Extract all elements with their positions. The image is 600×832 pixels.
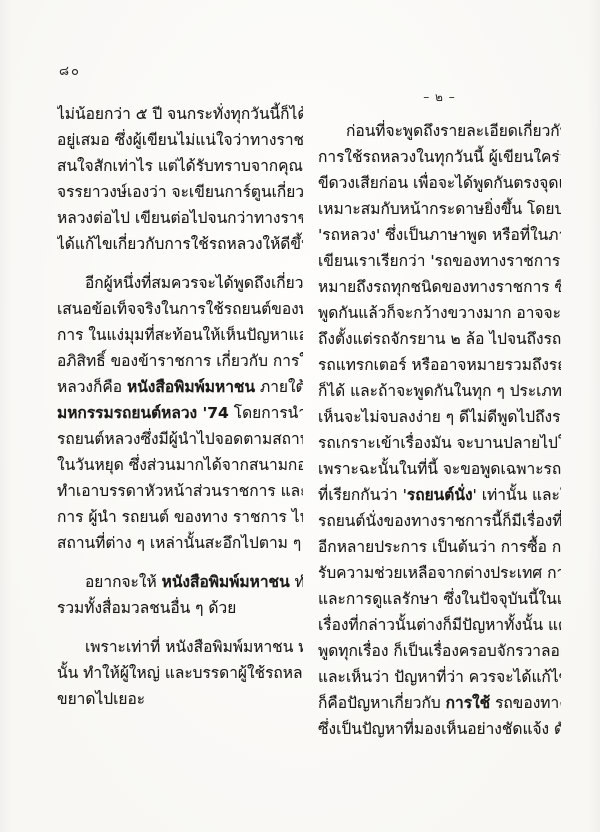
- text-run: เพราะเท่าที่ หนังสือพิมพ์มหาชน ทำเช่น: [85, 638, 303, 656]
- text-run: ซึ่งเป็นปัญหาที่มองเห็นอย่างชัดแจ้ง ดังท…: [318, 720, 561, 738]
- left-text-column: ไม่น้อยกว่า ๕ ปี จนกระทั่งทุกวันนี้ก็ได้…: [57, 101, 303, 725]
- text-line: การใช้รถหลวงในทุกวันนี้ ผู้เขียนใคร่จะขอ: [318, 144, 561, 170]
- text-line: หลวงก็คือ หนังสือพิมพ์มหาชน ภายใต้คอลัมน…: [57, 374, 303, 400]
- text-run: รถยนต์นั่งของทางราชการนี้ก็มีเรื่องที่จะ…: [318, 512, 561, 530]
- scanned-document-page: { "document": { "left_column": { "page_n…: [0, 0, 600, 832]
- text-run: 'รถหลวง' ซึ่งเป็นภาษาพูด หรือที่ในภาษา: [318, 226, 561, 244]
- text-line: รถเกราะเข้าเรื่องมัน จะบานปลายไปใหญ่: [318, 430, 561, 456]
- text-line: ขยาดไปเยอะ: [57, 686, 303, 712]
- text-line: เรื่องที่กล่าวนั้นต่างก็มีปัญหาทั้งนั้น …: [318, 612, 561, 638]
- text-line: ก็ได้ และถ้าจะพูดกันในทุก ๆ ประเภทรถแล้ว: [318, 378, 561, 404]
- text-line: ก็คือปัญหาเกี่ยวกับ การใช้ รถของทางราชกา…: [318, 690, 561, 716]
- text-line: ในวันหยุด ซึ่งส่วนมากได้จากสนามกอล์ฟ: [57, 452, 303, 478]
- text-line: อภิสิทธิ์ ของข้าราชการ เกี่ยวกับ การใช้ …: [57, 348, 303, 374]
- text-run: ก็คือปัญหาเกี่ยวกับ: [318, 694, 446, 712]
- emphasized-text-run: การใช้: [446, 694, 491, 712]
- text-line: ได้แก้ไขเกี่ยวกับการใช้รถหลวงให้ดีขึ้นกว…: [57, 231, 303, 257]
- text-line: ที่เรียกกันว่า 'รถยนต์นั่ง' เท่านั้น และ…: [318, 482, 561, 508]
- text-line: เขียนเราเรียกว่า 'รถของทางราชการ' นั้น จ…: [318, 248, 561, 274]
- emphasized-text-run: มหกรรมรถยนต์หลวง '74: [57, 404, 229, 422]
- text-run: รถของทางราชการ: [490, 694, 561, 712]
- text-run: ไม่น้อยกว่า ๕ ปี จนกระทั่งทุกวันนี้ก็ได้…: [57, 105, 303, 123]
- text-line: และเห็นว่า ปัญหาที่ว่า ควรจะได้แก้ไข ก่อ…: [318, 664, 561, 690]
- text-line: เพราะฉะนั้นในที่นี้ จะขอพูดเฉพาะรถหลวง: [318, 456, 561, 482]
- page-number: ๘๐: [59, 60, 81, 81]
- text-line: พูดทุกเรื่อง ก็เป็นเรื่องครอบจักรวาลอยู่…: [318, 638, 561, 664]
- text-line: ก่อนที่จะพูดถึงรายละเอียดเกี่ยวกับปัญหา: [318, 118, 561, 144]
- text-line: รวมทั้งสื่อมวลชนอื่น ๆ ด้วย: [57, 595, 303, 621]
- text-line: การ ในแง่มุมที่สะท้อนให้เห็นปัญหาและ: [57, 322, 303, 348]
- text-run: ภายใต้คอลัมน์: [255, 378, 303, 396]
- emphasized-text-run: หนังสือพิมพ์มหาชน: [162, 573, 290, 591]
- emphasized-text-run: รถยนต์นั่ง: [407, 486, 473, 504]
- text-line: รถแทรกเตอร์ หรืออาจหมายรวมถึงรถถังด้วย: [318, 352, 561, 378]
- text-line: และการดูแลรักษา ซึ่งในปัจจุบันนี้ในแต่ละ: [318, 586, 561, 612]
- text-run: รถยนต์หลวงซึ่งมีผู้นำไปจอดตามสถานที่ต่าง…: [57, 430, 303, 448]
- text-run: อีกผู้หนึ่งที่สมควรจะได้พูดถึงเกี่ยวกับก…: [85, 274, 303, 292]
- text-run: ขยาดไปเยอะ: [57, 690, 145, 708]
- text-run: ทำเอาบรรดาหัวหน้าส่วนราชการ และข้าราช-: [57, 482, 303, 500]
- text-run: ทำต่อไป: [290, 573, 303, 591]
- paragraph: เพราะเท่าที่ หนังสือพิมพ์มหาชน ทำเช่นนั้…: [57, 634, 303, 712]
- text-run: พูดกันแล้วก็จะกว้างขวางมาก อาจจะต้องพูด: [318, 304, 561, 322]
- text-line: พูดกันแล้วก็จะกว้างขวางมาก อาจจะต้องพูด: [318, 300, 561, 326]
- text-line: รถยนต์หลวงซึ่งมีผู้นำไปจอดตามสถานที่ต่าง…: [57, 426, 303, 452]
- text-line: ถึงตั้งแต่รถจักรยาน ๒ ล้อ ไปจนถึงรถบรรทุ…: [318, 326, 561, 352]
- text-line: ขีดวงเสียก่อน เพื่อจะได้พูดกันตรงจุดและ: [318, 170, 561, 196]
- text-run: หลวงต่อไป เขียนต่อไปจนกว่าทางราชการจะ: [57, 209, 303, 227]
- text-line: หลวงต่อไป เขียนต่อไปจนกว่าทางราชการจะ: [57, 205, 303, 231]
- text-run: รถเกราะเข้าเรื่องมัน จะบานปลายไปใหญ่: [318, 434, 561, 452]
- text-run: ในวันหยุด ซึ่งส่วนมากได้จากสนามกอล์ฟ: [57, 456, 303, 474]
- text-run: พูดทุกเรื่อง ก็เป็นเรื่องครอบจักรวาลอยู่…: [318, 642, 561, 660]
- text-line: เห็นจะไม่จบลงง่าย ๆ ดีไม่ดีพูดไปถึงรถถัง: [318, 404, 561, 430]
- text-run: การใช้รถหลวงในทุกวันนี้ ผู้เขียนใคร่จะขอ: [318, 148, 561, 166]
- text-run: รถแทรกเตอร์ หรืออาจหมายรวมถึงรถถังด้วย: [318, 356, 561, 374]
- text-run: ที่เรียกกันว่า ': [318, 486, 407, 504]
- text-run: ก็ได้ และถ้าจะพูดกันในทุก ๆ ประเภทรถแล้ว: [318, 382, 561, 400]
- text-line: รับความช่วยเหลือจากต่างประเทศ การใช้: [318, 560, 561, 586]
- text-line: เสนอข้อเท็จจริงในการใช้รถยนต์ของทางราช-: [57, 296, 303, 322]
- text-run: ก่อนที่จะพูดถึงรายละเอียดเกี่ยวกับปัญหา: [346, 122, 561, 140]
- text-run: เขียนเราเรียกว่า 'รถของทางราชการ' นั้น จ…: [318, 252, 561, 270]
- text-run: นั้น ทำให้ผู้ใหญ่ และบรรดาผู้ใช้รถหลวง: [57, 664, 303, 682]
- text-line: เหมาะสมกับหน้ากระดาษยิ่งขึ้น โดยปกติคำว่…: [318, 196, 561, 222]
- text-run: จรรยาวงษ์เองว่า จะเขียนการ์ตูนเกี่ยวกับร…: [57, 183, 303, 201]
- text-line: นั้น ทำให้ผู้ใหญ่ และบรรดาผู้ใช้รถหลวง: [57, 660, 303, 686]
- text-line: อยู่เสมอ ซึ่งผู้เขียนไม่แน่ใจว่าทางราชกา…: [57, 127, 303, 153]
- text-line: 'รถหลวง' ซึ่งเป็นภาษาพูด หรือที่ในภาษา: [318, 222, 561, 248]
- text-run: อยากจะให้: [85, 573, 162, 591]
- page: ๘๐ ไม่น้อยกว่า ๕ ปี จนกระทั่งทุกวันนี้ก็…: [0, 0, 600, 832]
- emphasized-text-run: หนังสือพิมพ์มหาชน: [127, 378, 255, 396]
- text-run: โดยการนำภาพของ: [229, 404, 303, 422]
- text-run: หมายถึงรถทุกชนิดของทางราชการ ซึ่งถ้าจะ: [318, 278, 561, 296]
- text-run: เพราะฉะนั้นในที่นี้ จะขอพูดเฉพาะรถหลวง: [318, 460, 561, 478]
- text-run: และเห็นว่า ปัญหาที่ว่า ควรจะได้แก้ไข ก่อ…: [318, 668, 561, 686]
- text-run: เรื่องที่กล่าวนั้นต่างก็มีปัญหาทั้งนั้น …: [318, 616, 561, 634]
- text-line: จรรยาวงษ์เองว่า จะเขียนการ์ตูนเกี่ยวกับร…: [57, 179, 303, 205]
- text-line: สนใจสักเท่าไร แต่ได้รับทราบจากคุณประยูร: [57, 153, 303, 179]
- text-run: หลวงก็คือ: [57, 378, 127, 396]
- text-line: มหกรรมรถยนต์หลวง '74 โดยการนำภาพของ: [57, 400, 303, 426]
- paragraph: ไม่น้อยกว่า ๕ ปี จนกระทั่งทุกวันนี้ก็ได้…: [57, 101, 303, 257]
- text-run: อยู่เสมอ ซึ่งผู้เขียนไม่แน่ใจว่าทางราชกา…: [57, 131, 303, 149]
- text-line: เพราะเท่าที่ หนังสือพิมพ์มหาชน ทำเช่น: [57, 634, 303, 660]
- text-run: เสนอข้อเท็จจริงในการใช้รถยนต์ของทางราช-: [57, 300, 303, 318]
- text-line: สถานที่ต่าง ๆ เหล่านั้นสะอึกไปตาม ๆ กัน: [57, 530, 303, 556]
- right-column-body: ก่อนที่จะพูดถึงรายละเอียดเกี่ยวกับปัญหาก…: [318, 118, 561, 742]
- text-line: หมายถึงรถทุกชนิดของทางราชการ ซึ่งถ้าจะ: [318, 274, 561, 300]
- paragraph: ก่อนที่จะพูดถึงรายละเอียดเกี่ยวกับปัญหาก…: [318, 118, 561, 742]
- text-run: รับความช่วยเหลือจากต่างประเทศ การใช้: [318, 564, 561, 582]
- text-line: อีกหลายประการ เป็นต้นว่า การซื้อ การ: [318, 534, 561, 560]
- text-run: เห็นจะไม่จบลงง่าย ๆ ดีไม่ดีพูดไปถึงรถถัง: [318, 408, 561, 426]
- paragraph: อีกผู้หนึ่งที่สมควรจะได้พูดถึงเกี่ยวกับก…: [57, 270, 303, 556]
- text-line: ทำเอาบรรดาหัวหน้าส่วนราชการ และข้าราช-: [57, 478, 303, 504]
- paragraph: อยากจะให้ หนังสือพิมพ์มหาชน ทำต่อไปรวมทั…: [57, 569, 303, 621]
- text-line: การ ผู้นำ รถยนต์ ของทาง ราชการ ไป จอด ตา…: [57, 504, 303, 530]
- text-run: ถึงตั้งแต่รถจักรยาน ๒ ล้อ ไปจนถึงรถบรรทุ…: [318, 330, 561, 348]
- text-run: ' เท่านั้น และในเรื่อง: [473, 486, 561, 504]
- right-text-column: – ๒ – ก่อนที่จะพูดถึงรายละเอียดเกี่ยวกับ…: [318, 88, 561, 742]
- text-run: รวมทั้งสื่อมวลชนอื่น ๆ ด้วย: [57, 599, 236, 617]
- text-run: อีกหลายประการ เป็นต้นว่า การซื้อ การ: [318, 538, 561, 556]
- text-run: ได้แก้ไขเกี่ยวกับการใช้รถหลวงให้ดีขึ้นกว…: [57, 235, 303, 253]
- text-line: อยากจะให้ หนังสือพิมพ์มหาชน ทำต่อไป: [57, 569, 303, 595]
- text-run: การ ผู้นำ รถยนต์ ของทาง ราชการ ไป จอด ตา…: [57, 508, 303, 526]
- text-run: การ ในแง่มุมที่สะท้อนให้เห็นปัญหาและ: [57, 326, 303, 344]
- text-run: สถานที่ต่าง ๆ เหล่านั้นสะอึกไปตาม ๆ กัน: [57, 534, 303, 552]
- text-run: เหมาะสมกับหน้ากระดาษยิ่งขึ้น โดยปกติคำว่…: [318, 200, 561, 218]
- text-run: และการดูแลรักษา ซึ่งในปัจจุบันนี้ในแต่ละ: [318, 590, 561, 608]
- text-run: ขีดวงเสียก่อน เพื่อจะได้พูดกันตรงจุดและ: [318, 174, 561, 192]
- text-line: ไม่น้อยกว่า ๕ ปี จนกระทั่งทุกวันนี้ก็ได้…: [57, 101, 303, 127]
- text-run: อภิสิทธิ์ ของข้าราชการ เกี่ยวกับ การใช้ …: [57, 352, 303, 370]
- text-line: อีกผู้หนึ่งที่สมควรจะได้พูดถึงเกี่ยวกับก…: [57, 270, 303, 296]
- text-line: รถยนต์นั่งของทางราชการนี้ก็มีเรื่องที่จะ…: [318, 508, 561, 534]
- section-page-marker: – ๒ –: [318, 88, 561, 107]
- text-run: สนใจสักเท่าไร แต่ได้รับทราบจากคุณประยูร: [57, 157, 303, 175]
- text-line: ซึ่งเป็นปัญหาที่มองเห็นอย่างชัดแจ้ง ดังท…: [318, 716, 561, 742]
